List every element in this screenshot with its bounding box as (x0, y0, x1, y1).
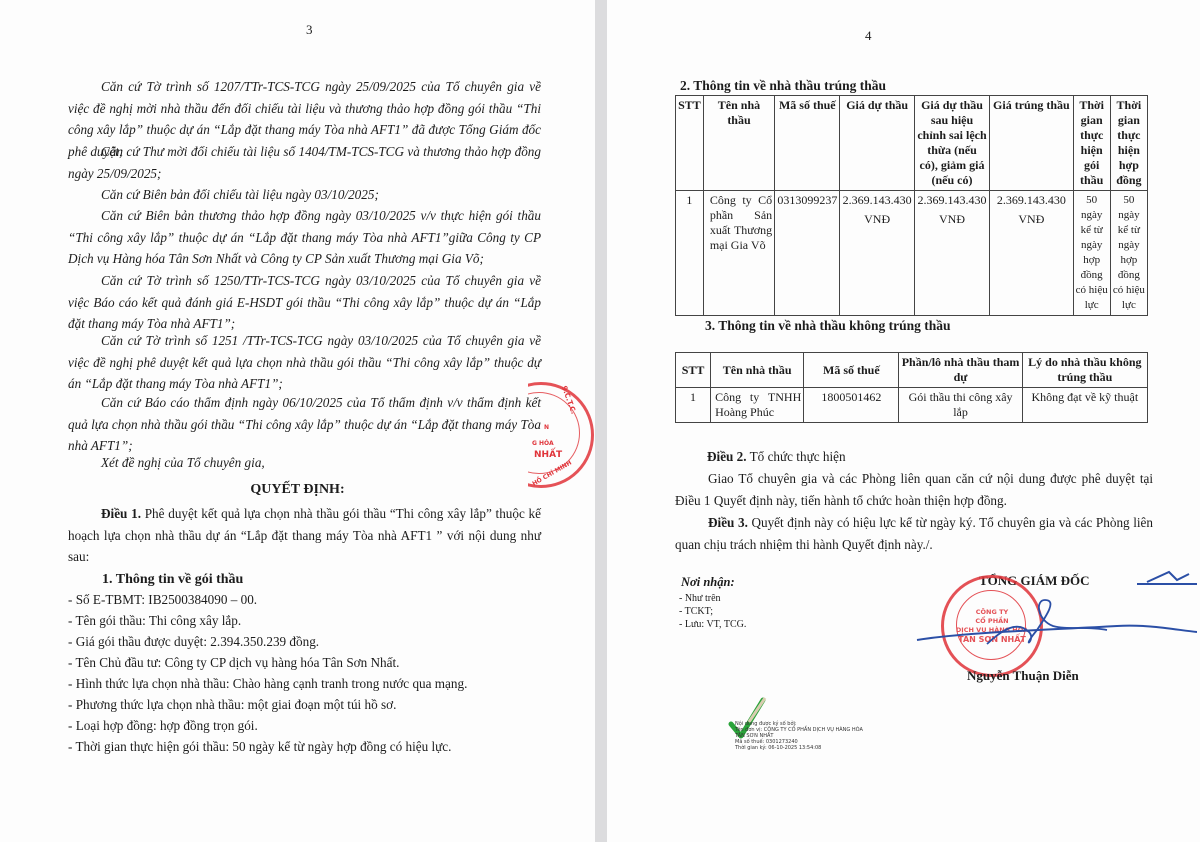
article-2-text: Giao Tổ chuyên gia và các Phòng liên qua… (675, 468, 1153, 511)
recipients-list: - Như trên - TCKT; - Lưu: VT, TCG. (679, 592, 746, 631)
table-header-row: STT Tên nhà thầu Mã số thuế Phần/lô nhà … (676, 353, 1148, 388)
section-1-title: 1. Thông tin về gói thầu (102, 572, 243, 588)
section-3-title: 3. Thông tin về nhà thầu không trúng thầ… (705, 318, 950, 334)
handwritten-signature (907, 560, 1197, 660)
table-row: 1 Công ty TNHH Hoàng Phúc 1800501462 Gói… (676, 388, 1148, 423)
document-page-3: 3 Căn cứ Tờ trình số 1207/TTr-TCS-TCG ng… (0, 0, 595, 842)
company-stamp-partial: 9.C.T.C. N G HÓA NHẤT HỒ CHÍ MINH (528, 382, 595, 490)
package-info-item: - Thời gian thực hiện gói thầu: 50 ngày … (68, 739, 451, 755)
preamble-paragraph: Căn cứ Tờ trình số 1251 /TTr-TCS-TCG ngà… (68, 330, 541, 395)
article-2-heading: Điều 2. Tổ chức thực hiện (707, 446, 846, 468)
page-divider (595, 0, 607, 842)
article-3: Điều 3. Quyết định này có hiệu lực kể từ… (675, 512, 1153, 555)
package-info-item: - Tên gói thầu: Thi công xây lắp. (68, 613, 241, 629)
table-header-row: STT Tên nhà thầu Mã số thuế Giá dự thầu … (676, 96, 1148, 191)
losing-bidder-table: STT Tên nhà thầu Mã số thuế Phần/lô nhà … (675, 352, 1148, 423)
package-info-item: - Tên Chủ đầu tư: Công ty CP dịch vụ hàn… (68, 655, 399, 671)
preamble-paragraph: Căn cứ Tờ trình số 1250/TTr-TCS-TCG ngày… (68, 270, 541, 335)
preamble-paragraph: Căn cứ Biên bản đối chiếu tài liệu ngày … (68, 184, 541, 206)
digital-signature-info: Nội dung được ký số bởi: Tên đơn vị: CÔN… (735, 721, 863, 751)
preamble-paragraph: Xét đề nghị của Tổ chuyên gia, (68, 452, 541, 474)
package-info-item: - Số E-TBMT: IB2500384090 – 00. (68, 592, 257, 608)
section-2-title: 2. Thông tin về nhà thầu trúng thầu (680, 78, 886, 94)
package-info-item: - Giá gói thầu được duyệt: 2.394.350.239… (68, 634, 319, 650)
winning-bidder-table: STT Tên nhà thầu Mã số thuế Giá dự thầu … (675, 95, 1148, 316)
page-number: 4 (865, 28, 872, 44)
preamble-paragraph: Căn cứ Thư mời đối chiếu tài liệu số 140… (68, 141, 541, 184)
package-info-item: - Loại hợp đồng: hợp đồng trọn gói. (68, 718, 258, 734)
article-1-label: Điều 1. (101, 506, 141, 521)
table-row: 1 Công ty Cổ phần Sản xuất Thương mại Gi… (676, 191, 1148, 316)
package-info-item: - Phương thức lựa chọn nhà thầu: một gia… (68, 697, 396, 713)
document-page-4: 4 2. Thông tin về nhà thầu trúng thầu ST… (607, 0, 1200, 842)
recipients-title: Nơi nhận: (681, 575, 735, 590)
page-number: 3 (306, 22, 313, 38)
article-1: Điều 1. Phê duyệt kết quả lựa chọn nhà t… (68, 503, 541, 568)
package-info-item: - Hình thức lựa chọn nhà thầu: Chào hàng… (68, 676, 467, 692)
decision-title: QUYẾT ĐỊNH: (0, 482, 595, 498)
preamble-paragraph: Căn cứ Biên bản thương thảo hợp đồng ngà… (68, 205, 541, 270)
signer-name: Nguyễn Thuận Diễn (967, 668, 1079, 684)
preamble-paragraph: Căn cứ Báo cáo thẩm định ngày 06/10/2025… (68, 392, 541, 457)
